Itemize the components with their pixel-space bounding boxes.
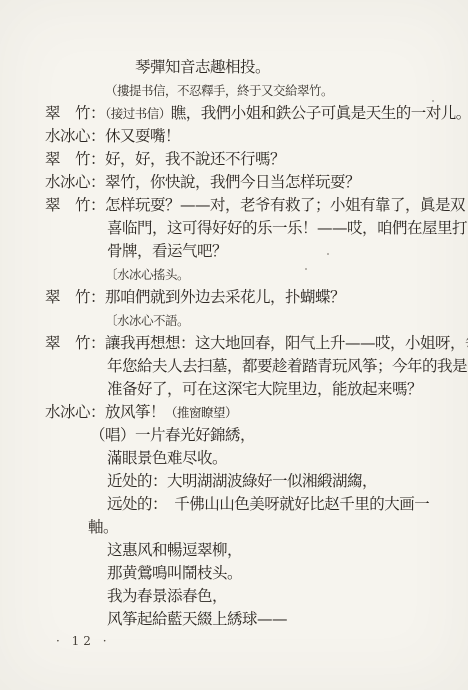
dialogue-continuation: 准备好了，可在这深宅大院里边，能放起来嗎？ <box>107 378 452 401</box>
scan-speck <box>327 253 329 255</box>
song-line: （唱）一片春光好錦綉， <box>90 424 452 447</box>
dialogue-line: 水冰心：放风筝！（推窗瞭望） <box>45 401 452 424</box>
line-text: 瞧，我們小姐和鉄公子可眞是天生的一对儿。 <box>171 104 468 122</box>
song-line: 近处的：大明湖湖波綠好一似湘緞湖縐， <box>107 470 452 493</box>
line-text: 翠 竹：讓我再想想：这大地回春，阳气上升——哎，小姐呀，每 <box>45 334 468 352</box>
song-line: 远处的： 千佛山山色美呀就好比赵千里的大画一 <box>107 493 452 516</box>
dialogue-line: 水冰心：翠竹，你快說，我們今日当怎样玩耍？ <box>45 171 452 194</box>
dialogue-continuation: 喜临門，这可得好好的乐一乐！——哎，咱們在屋里打 <box>107 217 452 240</box>
song-line: 这惠风和暢逗翠柳， <box>107 539 452 562</box>
song-line: 滿眼景色难尽收。 <box>107 447 452 470</box>
line-text: 准备好了，可在这深宅大院里边，能放起来嗎？ <box>107 380 422 398</box>
dialogue-line: 水冰心：休又耍嘴！ <box>45 125 452 148</box>
scan-speck <box>432 100 434 102</box>
line-text: 翠 竹：好，好，我不說还不行嗎？ <box>45 150 285 168</box>
line-text: 我为春景添春色， <box>107 587 227 605</box>
stage-direction: 〔水冰心搖头。 <box>105 263 452 286</box>
line-text: 那黄鶯鳴叫鬧枝头。 <box>107 564 242 582</box>
line-text: 年您給夫人去扫墓，都要趁着踏青玩风筝；今年的我是 <box>107 357 467 375</box>
dialogue-line: 翠 竹：那咱們就到外边去采花儿，扑蝴蝶？ <box>45 286 452 309</box>
line-text: 琴彈知音志趣相投。 <box>135 58 270 76</box>
scan-speck <box>305 268 307 270</box>
scanned-page: 琴彈知音志趣相投。（摟提书信，不忍釋手，終于又交給翠竹。翠 竹：（接过书信）瞧，… <box>0 0 468 690</box>
inline-stage-direction: （接过书信） <box>105 106 171 121</box>
line-text: 喜临門，这可得好好的乐一乐！——哎，咱們在屋里打 <box>107 219 467 237</box>
song-line: 风筝起給藍天綴上綉球—— <box>107 608 452 631</box>
song-line: 那黄鶯鳴叫鬧枝头。 <box>107 562 452 585</box>
line-text: 翠 竹：怎样玩耍？——对，老爷有救了；小姐有靠了，眞是双 <box>45 196 465 214</box>
line-text: （摟提书信，不忍釋手，終于又交給翠竹。 <box>105 83 333 98</box>
page-number-text: · 12 · <box>56 634 111 648</box>
dialogue-line: 翠 竹：好，好，我不說还不行嗎？ <box>45 148 452 171</box>
line-text: （唱）一片春光好錦綉， <box>90 426 255 444</box>
line-text: 水冰心：放风筝！ <box>45 403 165 421</box>
page-number: · 12 · <box>56 634 111 648</box>
dialogue-line: 翠 竹：讓我再想想：这大地回春，阳气上升——哎，小姐呀，每 <box>45 332 452 355</box>
line-text: 远处的： 千佛山山色美呀就好比赵千里的大画一 <box>107 495 429 513</box>
line-text: 骨牌，看运气吧？ <box>107 242 227 260</box>
dialogue-line: 翠 竹：怎样玩耍？——对，老爷有救了；小姐有靠了，眞是双 <box>45 194 452 217</box>
line-text: 〔水冰心不語。 <box>105 313 189 328</box>
dialogue-continuation: 骨牌，看运气吧？ <box>107 240 452 263</box>
line-text: 水冰心：休又耍嘴！ <box>45 127 180 145</box>
dialogue-continuation: 年您給夫人去扫墓，都要趁着踏青玩风筝；今年的我是 <box>107 355 452 378</box>
line-text: 軸。 <box>88 518 118 536</box>
line-text: 近处的：大明湖湖波綠好一似湘緞湖縐， <box>107 472 377 490</box>
line-text: 滿眼景色难尽收。 <box>107 449 227 467</box>
song-line-wrap: 軸。 <box>88 516 452 539</box>
dialogue-line: 翠 竹：（接过书信）瞧，我們小姐和鉄公子可眞是天生的一对儿。 <box>45 102 452 125</box>
stage-direction: 〔水冰心不語。 <box>105 309 452 332</box>
line-text: 水冰心：翠竹，你快說，我們今日当怎样玩耍？ <box>45 173 360 191</box>
line-text: 翠 竹：那咱們就到外边去采花儿，扑蝴蝶？ <box>45 288 345 306</box>
line-text: 〔水冰心搖头。 <box>105 267 189 282</box>
line-text: 翠 竹： <box>45 104 105 122</box>
inline-stage-direction: （推窗瞭望） <box>165 405 237 420</box>
line-text: 这惠风和暢逗翠柳， <box>107 541 242 559</box>
text-block: 琴彈知音志趣相投。（摟提书信，不忍釋手，終于又交給翠竹。翠 竹：（接过书信）瞧，… <box>45 56 452 631</box>
song-line: 我为春景添春色， <box>107 585 452 608</box>
stage-direction: （摟提书信，不忍釋手，終于又交給翠竹。 <box>105 79 452 102</box>
line-text: 风筝起給藍天綴上綉球—— <box>107 610 287 628</box>
verse-line: 琴彈知音志趣相投。 <box>135 56 452 79</box>
